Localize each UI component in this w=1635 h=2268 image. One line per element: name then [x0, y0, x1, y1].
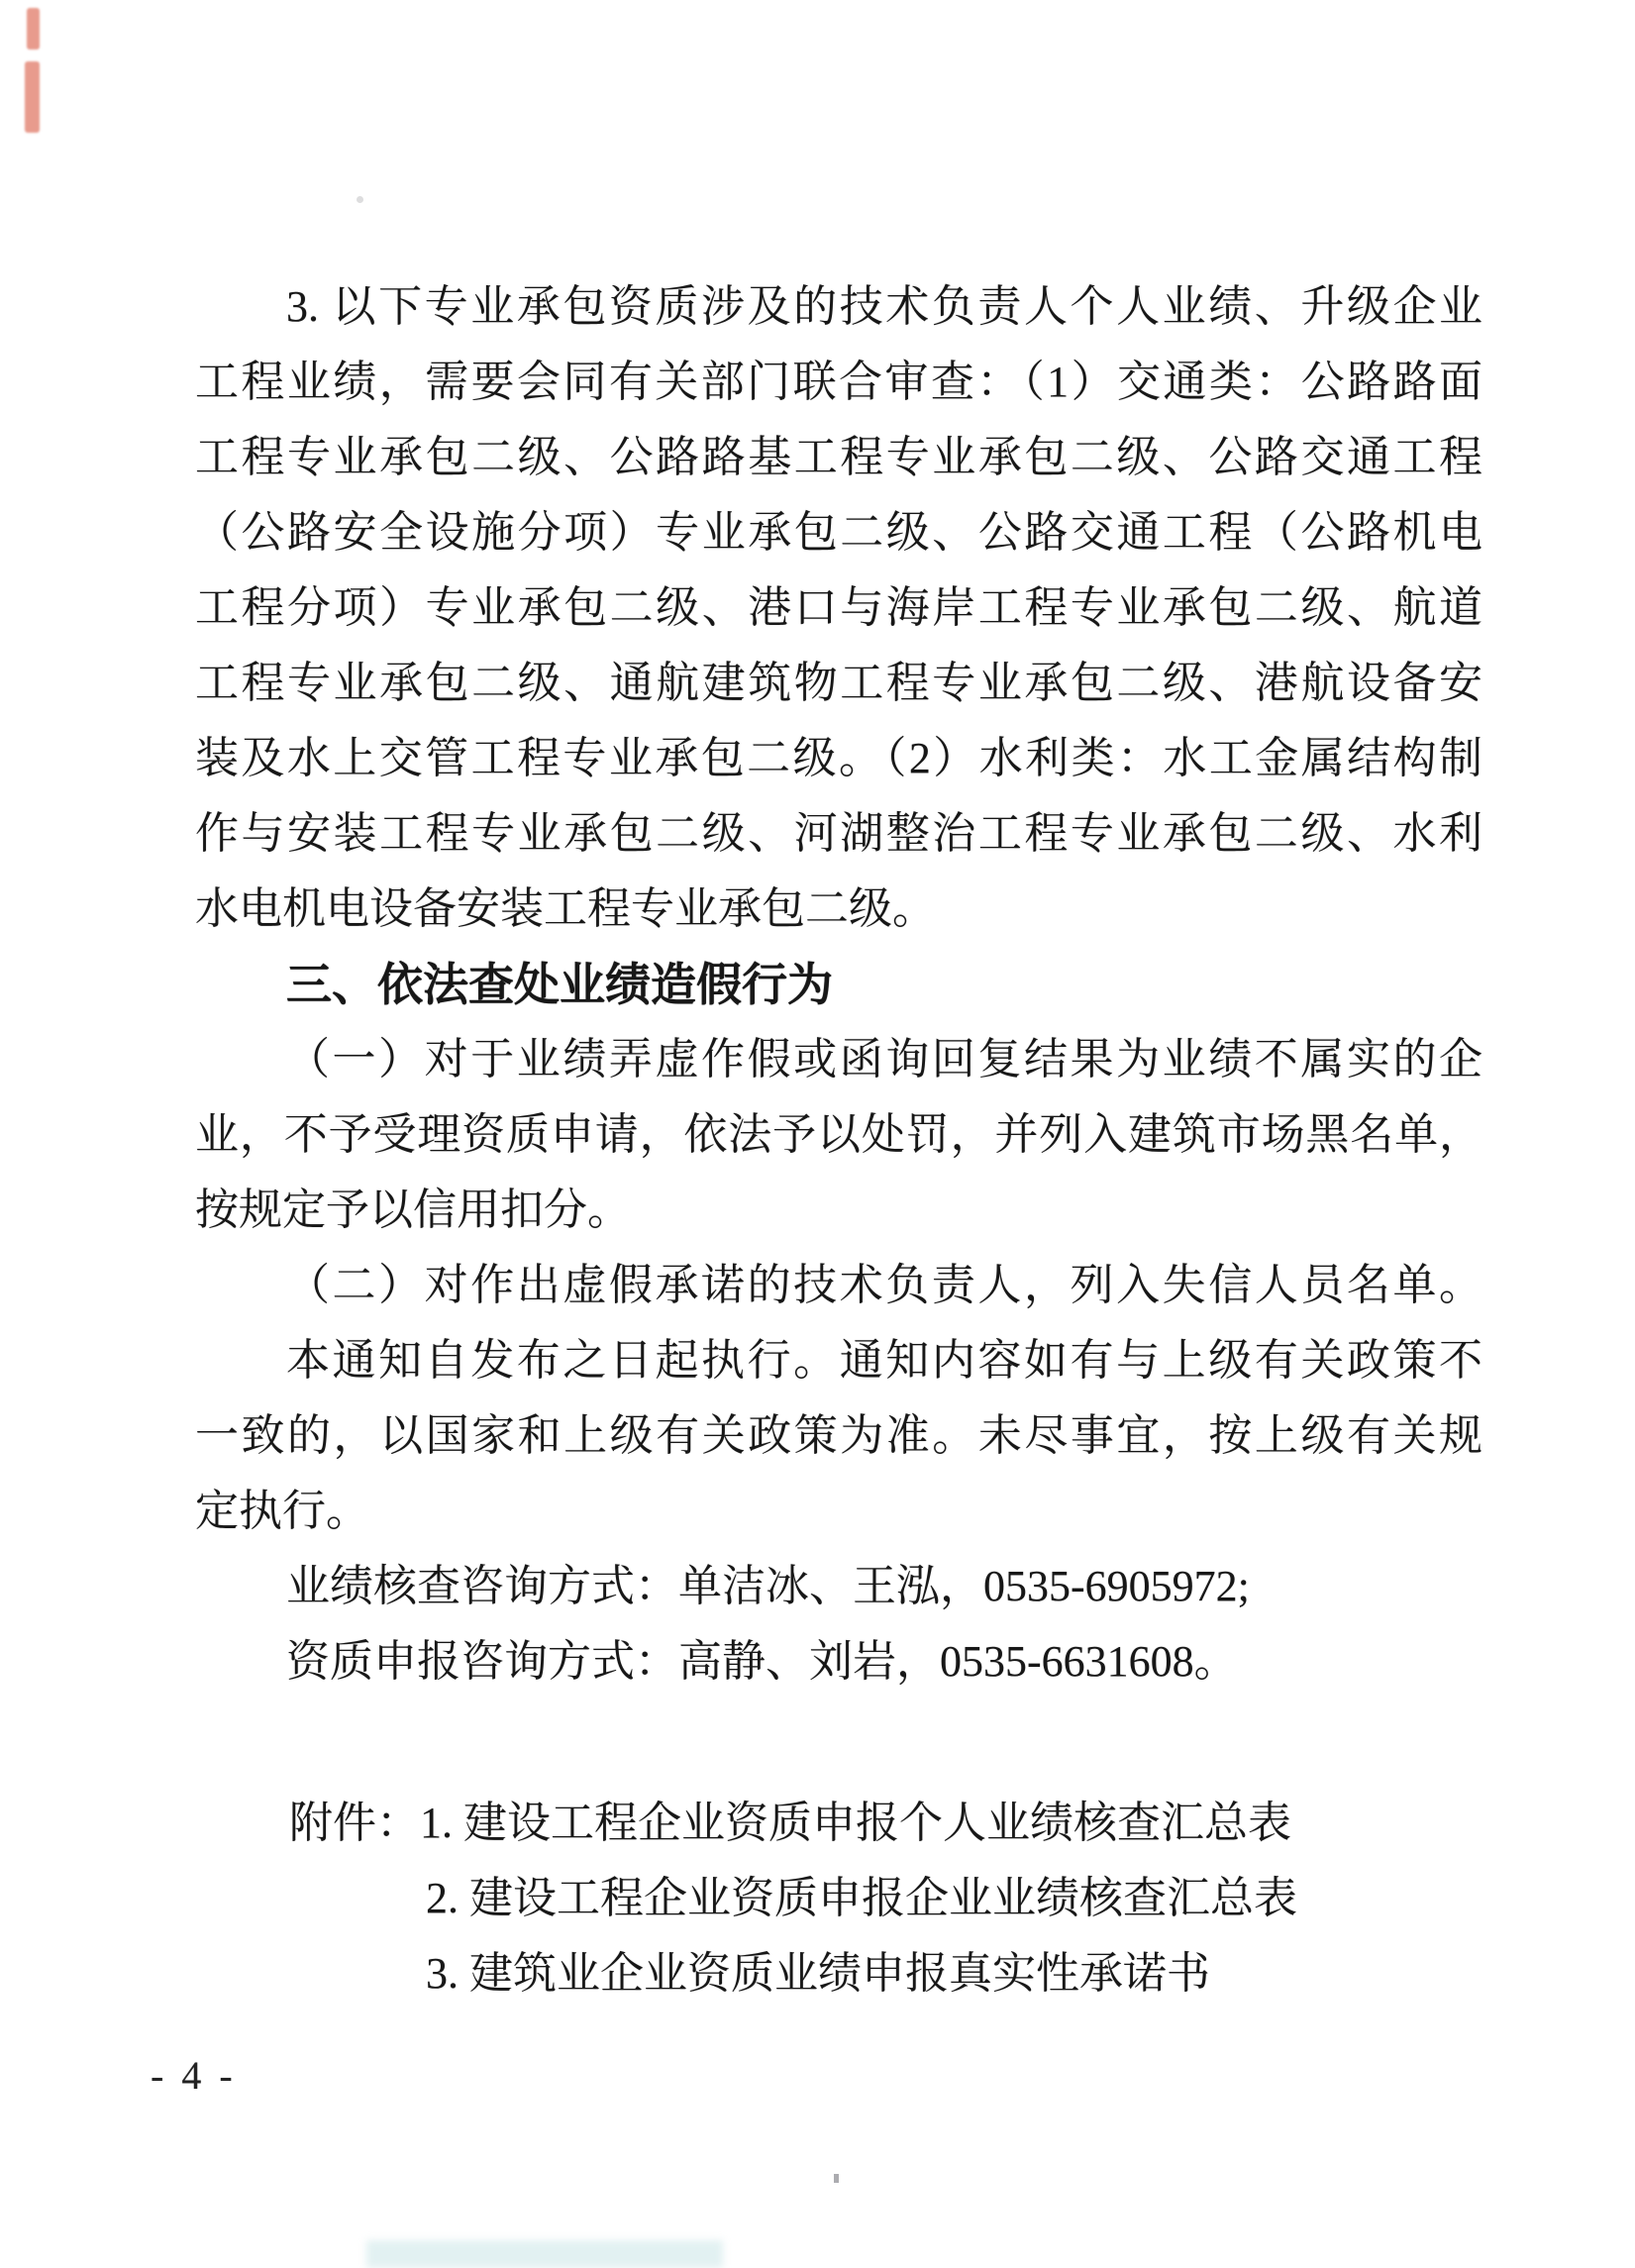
text-line: 本通知自发布之日起执行。通知内容如有与上级有关政策不 [195, 1323, 1482, 1398]
scan-dot-artifact [834, 2174, 839, 2183]
text-line: 工程专业承包二级、通航建筑物工程专业承包二级、港航设备安 [195, 646, 1482, 721]
document-text: 3. 以下专业承包资质涉及的技术负责人个人业绩、升级企业工程业绩，需要会同有关部… [195, 269, 1482, 2011]
text-line: 作与安装工程专业承包二级、河湖整治工程专业承包二级、水利 [195, 796, 1482, 872]
page-number: - 4 - [151, 2052, 237, 2099]
red-mark-artifact [25, 61, 40, 133]
text-line: 业绩核查咨询方式：单洁冰、王泓，0535-6905972; [195, 1549, 1482, 1624]
text-line: （公路安全设施分项）专业承包二级、公路交通工程（公路机电 [195, 495, 1482, 570]
text-line: 3. 以下专业承包资质涉及的技术负责人个人业绩、升级企业 [195, 269, 1482, 345]
text-line: （二）对作出虚假承诺的技术负责人，列入失信人员名单。 [195, 1248, 1482, 1323]
text-line: 业，不予受理资质申请，依法予以处罚，并列入建筑市场黑名单， [195, 1097, 1482, 1173]
line-spacer [195, 1700, 1482, 1786]
text-line: 按规定予以信用扣分。 [195, 1173, 1482, 1248]
text-line: 工程专业承包二级、公路路基工程专业承包二级、公路交通工程 [195, 420, 1482, 495]
text-line: 工程业绩，需要会同有关部门联合审查：（1）交通类：公路路面 [195, 345, 1482, 420]
text-line: 资质申报咨询方式：高静、刘岩，0535-6631608。 [195, 1624, 1482, 1700]
scan-dot-artifact [357, 196, 363, 203]
text-line: 一致的，以国家和上级有关政策为准。未尽事宜，按上级有关规 [195, 1398, 1482, 1474]
text-line: （一）对于业绩弄虚作假或函询回复结果为业绩不属实的企 [195, 1022, 1482, 1097]
text-line: 工程分项）专业承包二级、港口与海岸工程专业承包二级、航道 [195, 570, 1482, 646]
scan-noise-artifact [366, 2240, 723, 2268]
scanned-document-page: { "page": { "background": "#ffffff", "in… [0, 0, 1635, 2268]
red-mark-artifact [27, 8, 40, 50]
text-line: 定执行。 [195, 1474, 1482, 1549]
text-line: 装及水上交管工程专业承包二级。（2）水利类：水工金属结构制 [195, 721, 1482, 796]
attachment-line: 3. 建筑业企业资质业绩申报真实性承诺书 [195, 1936, 1482, 2011]
text-line: 水电机电设备安装工程专业承包二级。 [195, 872, 1482, 947]
section-heading: 三、依法查处业绩造假行为 [195, 947, 1482, 1022]
attachment-line: 附件：1. 建设工程企业资质申报个人业绩核查汇总表 [195, 1786, 1482, 1861]
attachment-line: 2. 建设工程企业资质申报企业业绩核查汇总表 [195, 1861, 1482, 1936]
